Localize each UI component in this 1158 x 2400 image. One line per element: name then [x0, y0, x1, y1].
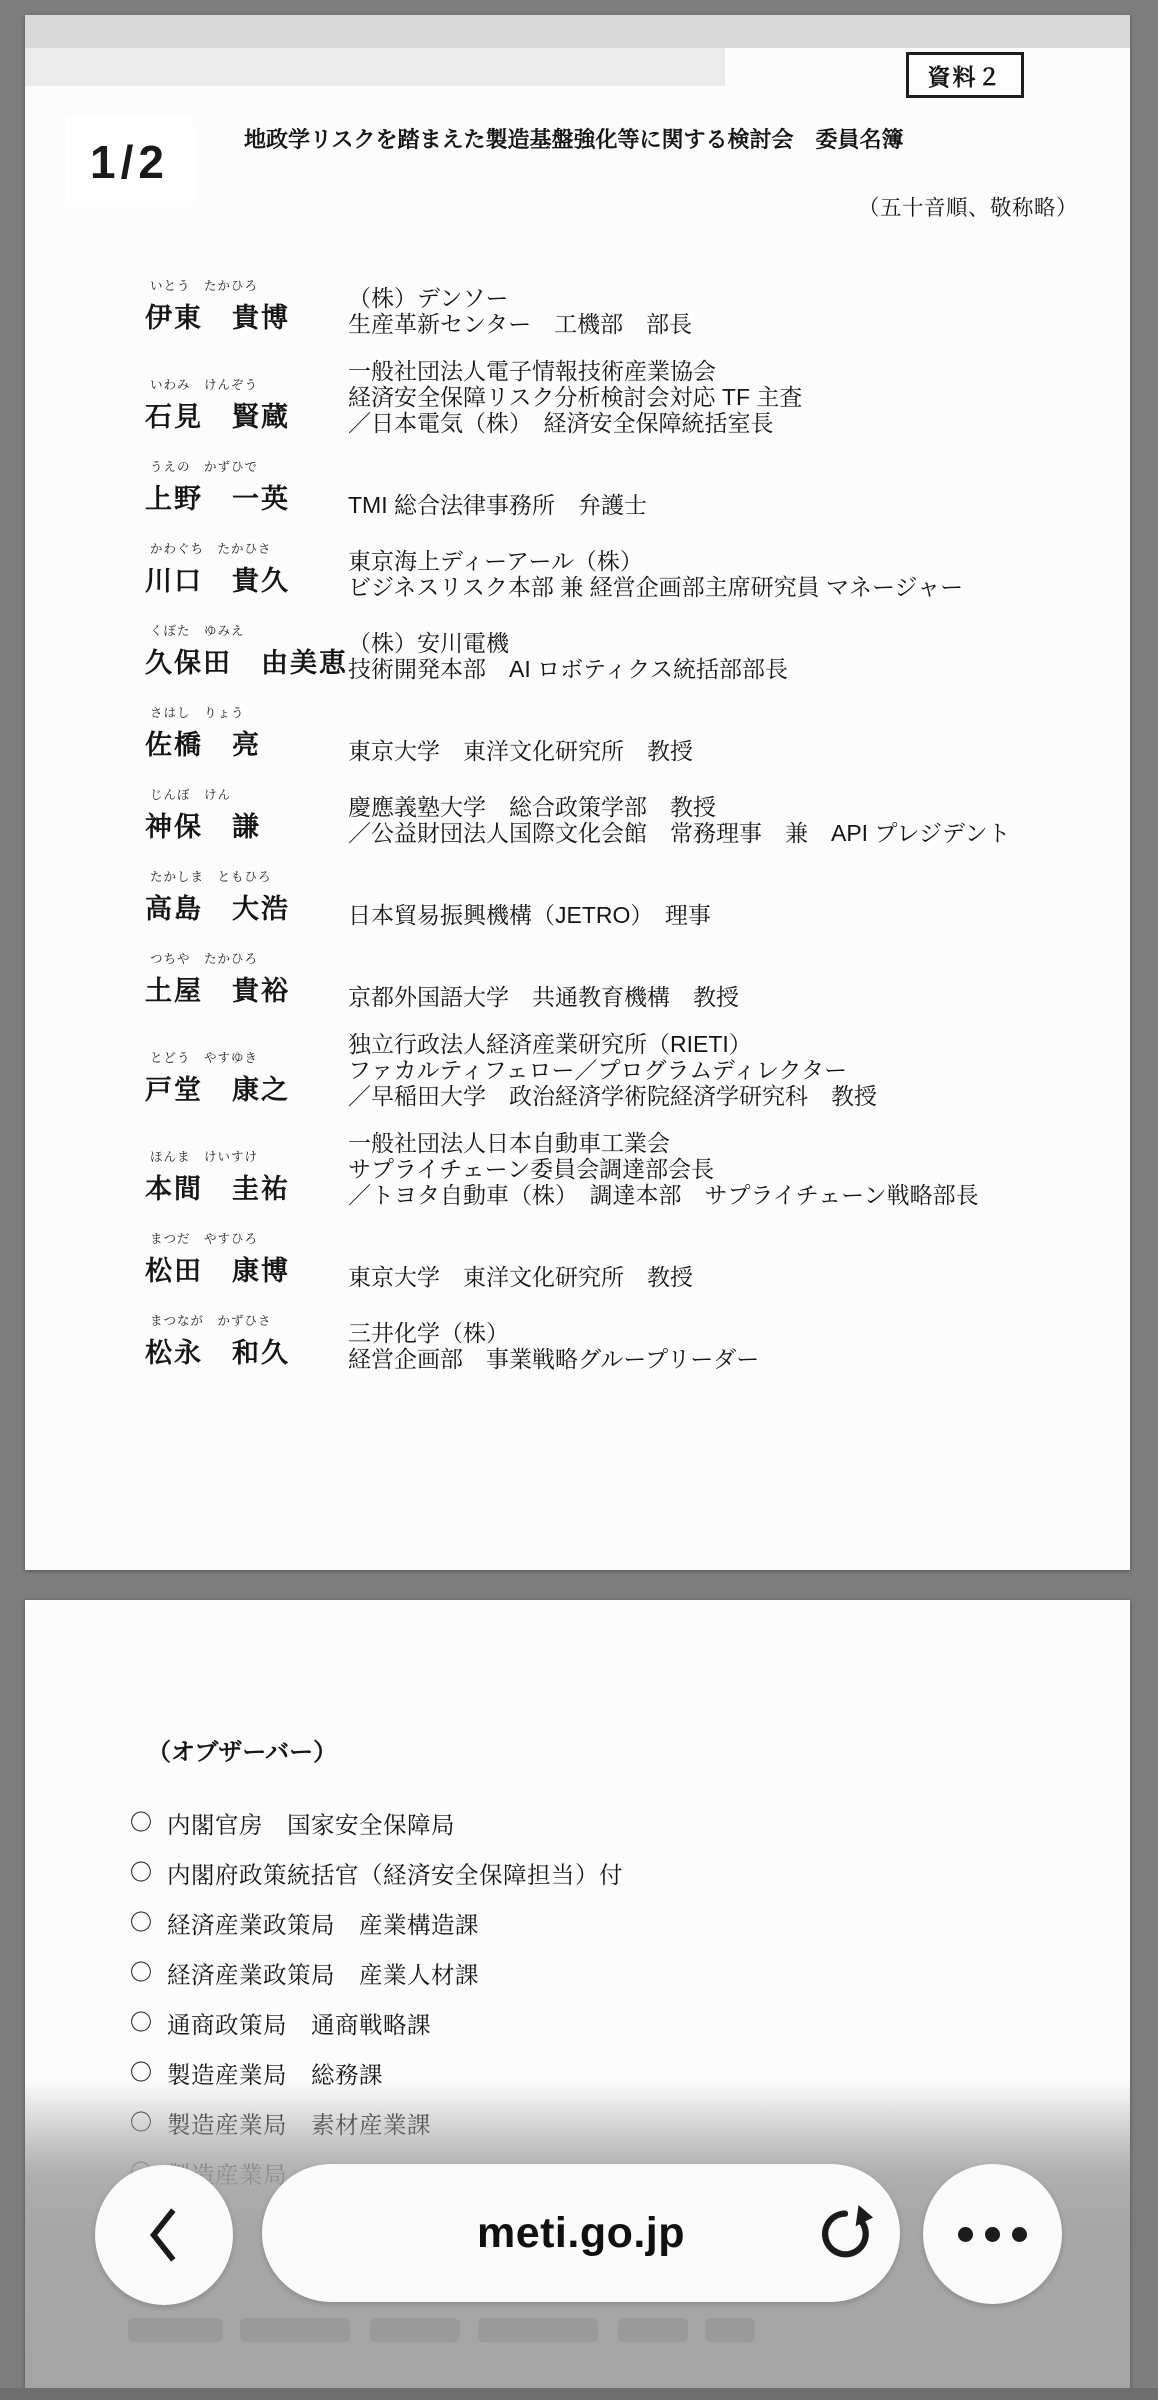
page-top-blur-band-2	[25, 48, 725, 86]
ellipsis-dot	[1012, 2227, 1027, 2242]
member-name-block: かわぐち たかひさ川口 貴久	[145, 539, 348, 600]
member-affiliation: 独立行政法人経済産業研究所（RIETI）ファカルティフェロー／プログラムディレク…	[348, 1031, 877, 1109]
url-bar[interactable]: meti.go.jp	[262, 2164, 900, 2302]
member-name: 松田 康博	[145, 1249, 348, 1288]
observer-circle-marker: 〇	[130, 2011, 152, 2035]
observer-label: 通商政策局 通商戦略課	[167, 2006, 431, 2040]
member-name: 戸堂 康之	[145, 1068, 348, 1107]
member-row: まつなが かずひさ松永 和久三井化学（株）経営企画部 事業戦略グループリーダー	[145, 1311, 1100, 1372]
member-affiliation: 東京大学 東洋文化研究所 教授	[348, 738, 693, 764]
member-affiliation-line: 独立行政法人経済産業研究所（RIETI）	[348, 1031, 877, 1057]
pdf-page-1: 資料２ 1/2 地政学リスクを踏まえた製造基盤強化等に関する検討会 委員名簿 （…	[25, 15, 1130, 1570]
member-row: いとう たかひろ伊東 貴博（株）デンソー生産革新センター 工機部 部長	[145, 276, 1100, 337]
member-name-block: いわみ けんぞう石見 賢蔵	[145, 375, 348, 436]
blurred-text-blob	[618, 2318, 688, 2342]
member-affiliation: 日本貿易振興機構（JETRO） 理事	[348, 902, 711, 928]
member-affiliation-line: 一般社団法人日本自動車工業会	[348, 1130, 979, 1156]
member-affiliation-line: ／早稲田大学 政治経済学術院経済学研究科 教授	[348, 1083, 877, 1109]
order-note: （五十音順、敬称略）	[858, 191, 1078, 222]
member-name-block: じんぼ けん神保 謙	[145, 785, 348, 846]
member-affiliation: 一般社団法人日本自動車工業会サプライチェーン委員会調達部会長／トヨタ自動車（株）…	[348, 1130, 979, 1208]
member-name-block: いとう たかひろ伊東 貴博	[145, 276, 348, 337]
observer-row: 〇通商政策局 通商戦略課	[130, 2011, 1090, 2035]
member-affiliation-line: 技術開発本部 AI ロボティクス統括部部長	[348, 656, 788, 682]
observer-label: 内閣府政策統括官（経済安全保障担当）付	[167, 1856, 623, 1890]
member-name: 伊東 貴博	[145, 296, 348, 335]
member-furigana: さはし りょう	[145, 703, 348, 721]
page-top-blur-band	[25, 15, 1130, 48]
member-furigana: いわみ けんぞう	[145, 375, 348, 393]
url-text: meti.go.jp	[477, 2209, 685, 2258]
member-furigana: まつなが かずひさ	[145, 1311, 348, 1329]
member-affiliation: 東京大学 東洋文化研究所 教授	[348, 1264, 693, 1290]
document-title: 地政学リスクを踏まえた製造基盤強化等に関する検討会 委員名簿	[244, 123, 904, 154]
member-furigana: つちや たかひろ	[145, 949, 348, 967]
member-furigana: くぼた ゆみえ	[145, 621, 348, 639]
member-affiliation-line: ／公益財団法人国際文化会館 常務理事 兼 API プレジデント	[348, 820, 1011, 846]
member-affiliation-line: ビジネスリスク本部 兼 経営企画部主席研究員 マネージャー	[348, 574, 963, 600]
member-affiliation-line: ファカルティフェロー／プログラムディレクター	[348, 1057, 877, 1083]
document-number-badge: 資料２	[906, 52, 1024, 98]
member-furigana: かわぐち たかひさ	[145, 539, 348, 557]
blurred-text-blob	[478, 2318, 598, 2342]
member-furigana: じんぼ けん	[145, 785, 348, 803]
ellipsis-dot	[958, 2227, 973, 2242]
member-row: さはし りょう佐橋 亮東京大学 東洋文化研究所 教授	[145, 703, 1100, 764]
blurred-text-blob	[240, 2318, 350, 2342]
member-affiliation-line: （株）デンソー	[348, 285, 692, 311]
observer-label: 内閣官房 国家安全保障局	[167, 1806, 455, 1840]
member-affiliation: 慶應義塾大学 総合政策学部 教授／公益財団法人国際文化会館 常務理事 兼 API…	[348, 794, 1011, 846]
member-affiliation-line: 京都外国語大学 共通教育機構 教授	[348, 984, 739, 1010]
member-name-block: さはし りょう佐橋 亮	[145, 703, 348, 764]
member-name-block: とどう やすゆき戸堂 康之	[145, 1048, 348, 1109]
member-affiliation-line: 慶應義塾大学 総合政策学部 教授	[348, 794, 1011, 820]
member-row: いわみ けんぞう石見 賢蔵一般社団法人電子情報技術産業協会経済安全保障リスク分析…	[145, 358, 1100, 436]
observer-circle-marker: 〇	[130, 1911, 152, 1935]
member-affiliation-line: 経営企画部 事業戦略グループリーダー	[348, 1346, 759, 1372]
member-affiliation-line: サプライチェーン委員会調達部会長	[348, 1156, 979, 1182]
member-affiliation: 一般社団法人電子情報技術産業協会経済安全保障リスク分析検討会対応 TF 主査／日…	[348, 358, 802, 436]
blurred-text-blob	[705, 2318, 755, 2342]
member-name: 本間 圭祐	[145, 1167, 348, 1206]
member-name-block: まつなが かずひさ松永 和久	[145, 1311, 348, 1372]
member-furigana: たかしま ともひろ	[145, 867, 348, 885]
observer-circle-marker: 〇	[130, 1861, 152, 1885]
member-affiliation: （株）安川電機技術開発本部 AI ロボティクス統括部部長	[348, 630, 788, 682]
member-furigana: ほんま けいすけ	[145, 1147, 348, 1165]
member-name: 佐橋 亮	[145, 723, 348, 762]
member-affiliation: （株）デンソー生産革新センター 工機部 部長	[348, 285, 692, 337]
member-name: 高島 大浩	[145, 887, 348, 926]
member-affiliation: TMI 総合法律事務所 弁護士	[348, 492, 647, 518]
member-furigana: うえの かずひで	[145, 457, 348, 475]
member-row: じんぼ けん神保 謙慶應義塾大学 総合政策学部 教授／公益財団法人国際文化会館 …	[145, 785, 1100, 846]
member-row: くぼた ゆみえ久保田 由美恵（株）安川電機技術開発本部 AI ロボティクス統括部…	[145, 621, 1100, 682]
member-affiliation-line: TMI 総合法律事務所 弁護士	[348, 492, 647, 518]
member-name: 上野 一英	[145, 477, 348, 516]
member-name-block: ほんま けいすけ本間 圭祐	[145, 1147, 348, 1208]
blurred-text-blob	[128, 2318, 223, 2342]
member-affiliation-line: 一般社団法人電子情報技術産業協会	[348, 358, 802, 384]
member-row: かわぐち たかひさ川口 貴久東京海上ディーアール（株）ビジネスリスク本部 兼 経…	[145, 539, 1100, 600]
member-affiliation: 東京海上ディーアール（株）ビジネスリスク本部 兼 経営企画部主席研究員 マネージ…	[348, 548, 963, 600]
observer-row: 〇経済産業政策局 産業人材課	[130, 1961, 1090, 1985]
observer-label: 経済産業政策局 産業構造課	[167, 1906, 479, 1940]
observer-row: 〇経済産業政策局 産業構造課	[130, 1911, 1090, 1935]
member-furigana: とどう やすゆき	[145, 1048, 348, 1066]
member-affiliation: 京都外国語大学 共通教育機構 教授	[348, 984, 739, 1010]
blurred-text-blob	[370, 2318, 460, 2342]
observer-circle-marker: 〇	[130, 1961, 152, 1985]
member-name: 川口 貴久	[145, 559, 348, 598]
ellipsis-dot	[985, 2227, 1000, 2242]
back-button[interactable]	[95, 2165, 233, 2305]
member-name-block: たかしま ともひろ高島 大浩	[145, 867, 348, 928]
more-options-button[interactable]	[923, 2164, 1062, 2304]
chevron-left-icon	[149, 2206, 179, 2264]
member-furigana: いとう たかひろ	[145, 276, 348, 294]
reload-icon[interactable]	[816, 2204, 874, 2262]
member-affiliation: 三井化学（株）経営企画部 事業戦略グループリーダー	[348, 1320, 759, 1372]
member-affiliation-line: 日本貿易振興機構（JETRO） 理事	[348, 902, 711, 928]
screenshot-root: { "colors": { "frame": "#7d7d7d", "page"…	[0, 0, 1158, 2400]
member-name: 神保 謙	[145, 805, 348, 844]
document-number-label: 資料２	[928, 59, 1003, 92]
member-row: つちや たかひろ土屋 貴裕京都外国語大学 共通教育機構 教授	[145, 949, 1100, 1010]
member-affiliation-line: ／日本電気（株） 経済安全保障統括室長	[348, 410, 802, 436]
member-list: いとう たかひろ伊東 貴博（株）デンソー生産革新センター 工機部 部長いわみ け…	[145, 276, 1100, 1393]
observer-row: 〇内閣府政策統括官（経済安全保障担当）付	[130, 1861, 1090, 1885]
page-indicator: 1/2	[66, 118, 193, 206]
member-affiliation-line: 東京大学 東洋文化研究所 教授	[348, 1264, 693, 1290]
member-name: 石見 賢蔵	[145, 395, 348, 434]
member-name-block: うえの かずひで上野 一英	[145, 457, 348, 518]
screen-bottom-edge	[0, 2388, 1158, 2400]
member-affiliation-line: 経済安全保障リスク分析検討会対応 TF 主査	[348, 384, 802, 410]
member-row: たかしま ともひろ高島 大浩日本貿易振興機構（JETRO） 理事	[145, 867, 1100, 928]
member-row: うえの かずひで上野 一英TMI 総合法律事務所 弁護士	[145, 457, 1100, 518]
member-name-block: つちや たかひろ土屋 貴裕	[145, 949, 348, 1010]
member-row: ほんま けいすけ本間 圭祐一般社団法人日本自動車工業会サプライチェーン委員会調達…	[145, 1130, 1100, 1208]
page-indicator-label: 1/2	[90, 135, 169, 189]
member-name: 土屋 貴裕	[145, 969, 348, 1008]
observer-circle-marker: 〇	[130, 1811, 152, 1835]
member-name: 久保田 由美恵	[145, 641, 348, 680]
member-affiliation-line: 東京海上ディーアール（株）	[348, 548, 963, 574]
observer-label: 経済産業政策局 産業人材課	[167, 1956, 479, 1990]
member-name-block: くぼた ゆみえ久保田 由美恵	[145, 621, 348, 682]
observers-header: （オブザーバー）	[147, 1732, 337, 1767]
member-affiliation-line: 東京大学 東洋文化研究所 教授	[348, 738, 693, 764]
member-affiliation-line: （株）安川電機	[348, 630, 788, 656]
member-name: 松永 和久	[145, 1331, 348, 1370]
member-row: まつだ やすひろ松田 康博東京大学 東洋文化研究所 教授	[145, 1229, 1100, 1290]
member-row: とどう やすゆき戸堂 康之独立行政法人経済産業研究所（RIETI）ファカルティフ…	[145, 1031, 1100, 1109]
observer-row: 〇内閣官房 国家安全保障局	[130, 1811, 1090, 1835]
member-affiliation-line: ／トヨタ自動車（株） 調達本部 サプライチェーン戦略部長	[348, 1182, 979, 1208]
member-affiliation-line: 三井化学（株）	[348, 1320, 759, 1346]
member-furigana: まつだ やすひろ	[145, 1229, 348, 1247]
member-name-block: まつだ やすひろ松田 康博	[145, 1229, 348, 1290]
member-affiliation-line: 生産革新センター 工機部 部長	[348, 311, 692, 337]
